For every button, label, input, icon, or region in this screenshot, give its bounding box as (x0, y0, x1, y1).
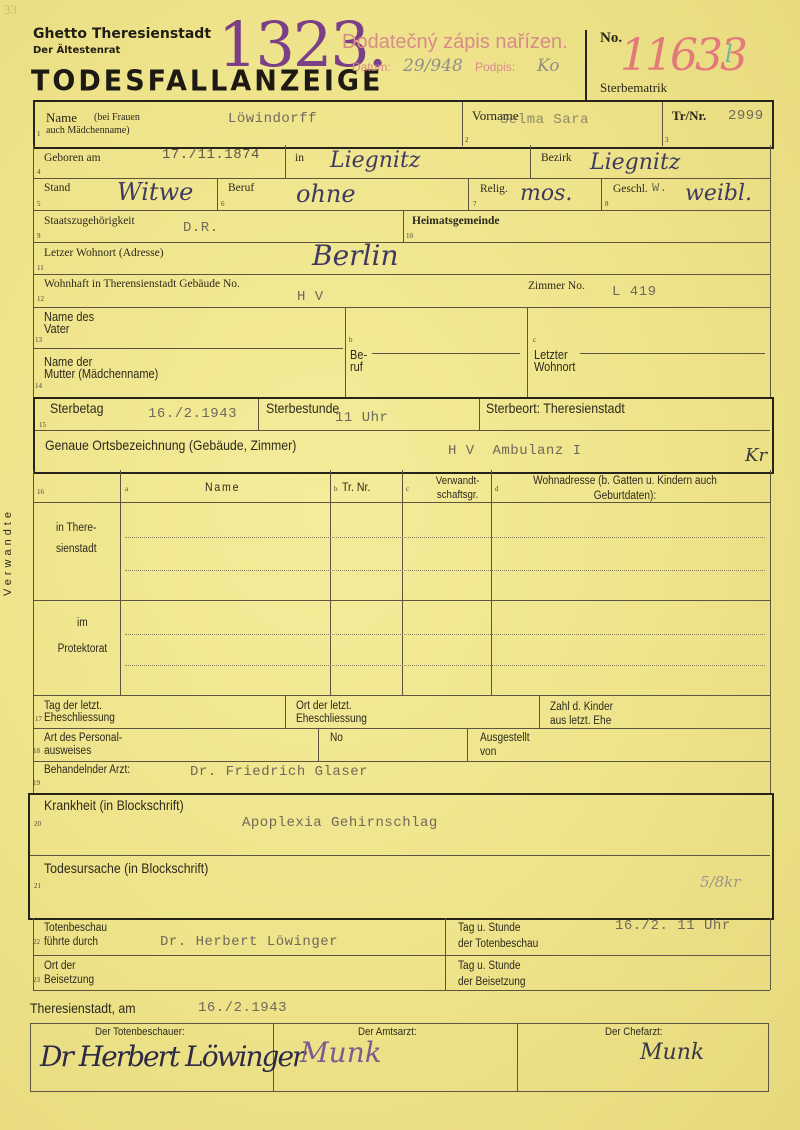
divider (402, 470, 403, 695)
divider (601, 178, 602, 210)
totenbeschau-tag-label-2: der Totenbeschau (458, 938, 538, 950)
sterbestunde-label: Sterbestunde (266, 400, 339, 416)
ehe-tag-label-2: Eheschliessung (44, 712, 115, 724)
field-num: 11 (37, 264, 44, 272)
eltern-beruf-label-2: ruf (350, 360, 363, 374)
relig-label: Relig. (480, 183, 508, 195)
divider (318, 728, 319, 761)
signature-label-totenbeschauer: Der Totenbeschauer: (95, 1026, 185, 1038)
no-label: No. (600, 30, 622, 47)
row-line (33, 728, 770, 729)
place-date-label: Theresienstadt, am (30, 1000, 135, 1016)
divider (539, 695, 540, 728)
sterbematrik-label: Sterbematrik (600, 80, 667, 96)
fill-line (580, 353, 765, 354)
group-label-protektorat: im Protektorat (56, 610, 109, 662)
row-line (35, 430, 770, 431)
divider (491, 470, 492, 695)
col-header-name: Name (205, 480, 240, 494)
zimmer-label: Zimmer No. (528, 280, 585, 292)
col-header-wohnadresse: Wohnadresse (b. Gatten u. Kindern auch G… (515, 474, 735, 504)
sterbestunde-value[interactable]: 11 Uhr (335, 410, 388, 426)
beisetzung-tag-label-2: der Beisetzung (458, 976, 526, 988)
staatszugehoerigkeit-value[interactable]: D.R. (183, 220, 219, 236)
relative-row[interactable] (125, 634, 765, 635)
staatszugehoerigkeit-label: Staatszugehörigkeit (44, 215, 135, 227)
field-num: 3 (665, 136, 669, 144)
signature-label-chefarzt: Der Chefarzt: (605, 1026, 663, 1038)
totenbeschau-label-1: Totenbeschau (44, 922, 107, 934)
zimmer-value[interactable]: L 419 (612, 284, 657, 300)
field-num: 6 (221, 200, 225, 208)
geboren-in-value[interactable]: Liegnitz (330, 148, 420, 173)
krankheit-label: Krankheit (in Blockschrift) (44, 797, 184, 813)
field-num: 4 (37, 168, 41, 176)
field-num: 15 (39, 421, 46, 429)
divider (445, 918, 446, 990)
geschl-label: Geschl. (613, 183, 648, 195)
beisetzung-label-2: Beisetzung (44, 974, 94, 986)
field-num: 17 (35, 715, 42, 723)
trnr-label: Tr/Nr. (672, 108, 706, 124)
relative-row[interactable] (125, 570, 765, 571)
sub-letter: d (495, 485, 499, 493)
corner-mark: 33 (4, 2, 17, 18)
sterbeort-label: Sterbeort: Theresienstadt (486, 400, 625, 416)
divider (530, 145, 531, 178)
field-num: 23 (33, 976, 40, 984)
kinder-label-2: aus letzt. Ehe (550, 715, 611, 727)
field-num: 22 (33, 938, 40, 946)
side-label-verwandte: Verwandte (2, 508, 14, 596)
ortsbezeichnung-label: Genaue Ortsbezeichnung (Gebäude, Zimmer) (45, 437, 296, 453)
field-num: 18 (33, 747, 40, 755)
sub-letter: c (406, 485, 409, 493)
divider (462, 102, 463, 146)
bezirk-value[interactable]: Liegnitz (590, 150, 680, 175)
divider (345, 307, 346, 397)
field-num: 9 (37, 232, 41, 240)
ehe-tag-label-1: Tag der letzt. (44, 700, 102, 712)
header-divider (585, 30, 587, 100)
todesursache-label: Todesursache (in Blockschrift) (44, 860, 208, 876)
letzter-wohnort-label: Letzer Wohnort (Adresse) (44, 247, 164, 259)
trnr-value[interactable]: 2999 (728, 108, 764, 124)
row-line (33, 210, 770, 211)
field-num: 21 (34, 882, 41, 890)
table-right-border (770, 470, 771, 695)
ehe-ort-label-1: Ort der letzt. (296, 700, 352, 712)
row-line (33, 695, 770, 696)
bezirk-label: Bezirk (541, 152, 572, 164)
relative-row[interactable] (125, 537, 765, 538)
signature-chefarzt[interactable]: Munk (640, 1040, 704, 1065)
row-line (33, 307, 770, 308)
name-label-small: (bei Frauen (94, 112, 140, 124)
signature-totenbeschauer[interactable]: Dr Herbert Löwinger (40, 1040, 303, 1073)
ortsbezeichnung-initials: Kr (745, 445, 767, 466)
geboren-label: Geboren am (44, 152, 101, 164)
row-line (33, 274, 770, 275)
arzt-value[interactable]: Dr. Friedrich Glaser (190, 764, 368, 780)
vater-label-2: Vater (44, 322, 69, 336)
geschl-value[interactable]: weibl. (685, 181, 752, 206)
row-line (33, 348, 343, 349)
sub-letter: c (533, 336, 536, 344)
relative-row[interactable] (125, 665, 765, 666)
divider (217, 178, 218, 210)
todesursache-pencil-note: 5/8kr (700, 873, 740, 891)
divider (467, 728, 468, 761)
form-right-border (770, 918, 771, 990)
org-line-2: Der Ältestenrat (33, 45, 120, 56)
field-num: 12 (37, 295, 44, 303)
totenbeschau-tag-value[interactable]: 16./2. 11 Uhr (615, 918, 731, 934)
field-num: 2 (465, 136, 469, 144)
ortsbezeichnung-value[interactable]: H V Ambulanz I (448, 443, 582, 459)
sub-letter: b (334, 485, 338, 493)
vorname-value[interactable]: Selma Sara (500, 112, 589, 128)
krankheit-value[interactable]: Apoplexia Gehirnschlag (242, 815, 438, 831)
field-num: 20 (34, 820, 41, 828)
row-line (33, 955, 770, 956)
name-label-small-2: auch Mädchenname) (46, 125, 130, 137)
relig-value[interactable]: mos. (520, 181, 572, 206)
divider (517, 1023, 518, 1091)
signature-amtsarzt[interactable]: Munk (300, 1036, 382, 1069)
stand-value[interactable]: Witwe (117, 178, 193, 206)
totenbeschau-value[interactable]: Dr. Herbert Löwinger (160, 934, 338, 950)
letzter-wohnort-value[interactable]: Berlin (312, 239, 398, 272)
name-value[interactable]: Löwindorff (228, 111, 317, 127)
stamp-text: Dodatečný zápis nařízen. (342, 31, 568, 54)
sub-letter: a (125, 485, 128, 493)
divider (468, 178, 469, 210)
geschl-typed: W. (652, 181, 667, 195)
form-right-border (770, 145, 771, 397)
form-right-border (770, 695, 771, 795)
divider (403, 210, 404, 242)
form-left-border (33, 145, 34, 397)
heimatsgemeinde-label: Heimatsgemeinde (412, 215, 500, 227)
divider (120, 470, 121, 695)
divider (285, 145, 286, 178)
wohnhaft-value[interactable]: H V (297, 289, 324, 305)
no-mark: l (725, 40, 733, 68)
beisetzung-label-1: Ort der (44, 960, 76, 972)
arzt-label: Behandelnder Arzt: (44, 764, 130, 776)
field-num: 13 (35, 336, 42, 344)
geboren-value[interactable]: 17./11.1874 (162, 147, 260, 163)
ausweis-no-label: No (330, 732, 343, 744)
totenbeschau-tag-label-1: Tag u. Stunde (458, 922, 520, 934)
sterbetag-label: Sterbetag (50, 400, 103, 416)
ausweis-art-label-2: ausweises (44, 745, 91, 757)
field-num: 7 (473, 200, 477, 208)
ausweis-art-label-1: Art des Personal- (44, 732, 122, 744)
beruf-label: Beruf (228, 182, 254, 194)
col-header-trnr: Tr. Nr. (342, 480, 370, 494)
divider (258, 399, 259, 430)
field-num: 14 (35, 382, 42, 390)
ausgestellt-label-1: Ausgestellt (480, 732, 530, 744)
row-line (33, 242, 770, 243)
field-num: 16 (37, 488, 44, 496)
field-num: 8 (605, 200, 609, 208)
fill-line (372, 353, 520, 354)
stamp-signature-label: Podpis: (475, 60, 515, 74)
field-num: 10 (406, 232, 413, 240)
row-line (33, 990, 770, 991)
death-box (33, 397, 774, 474)
kinder-label-1: Zahl d. Kinder (550, 701, 613, 713)
place-date-value[interactable]: 16./2.1943 (198, 1000, 287, 1016)
field-num: 5 (37, 200, 41, 208)
divider (285, 695, 286, 728)
ehe-ort-label-2: Eheschliessung (296, 713, 367, 725)
beruf-value[interactable]: ohne (296, 180, 356, 208)
col-header-verwandtschaft: Verwandt-schaftsgr. (418, 474, 497, 502)
wohnhaft-label: Wohnhaft in Therensienstadt Gebäude No. (44, 278, 240, 290)
group-line (33, 600, 770, 601)
sub-letter: b (349, 336, 353, 344)
group-label-theresienstadt: in There-sienstadt (56, 518, 109, 560)
name-label: Name (46, 110, 77, 126)
sterbetag-value[interactable]: 16./2.1943 (148, 406, 237, 422)
divider (662, 102, 663, 146)
geboren-in-label: in (295, 152, 304, 164)
eltern-wohnort-label-2: Wohnort (534, 360, 575, 374)
row-line (33, 761, 770, 762)
mutter-label-2: Mutter (Mädchenname) (44, 367, 158, 381)
stamp-signature-value: Ko (537, 56, 559, 76)
divider (479, 399, 480, 430)
divider (527, 307, 528, 397)
row-line (30, 855, 770, 856)
totenbeschau-label-2: führte durch (44, 936, 98, 948)
table-left-border (33, 470, 34, 695)
stamp-date-value: 29/948 (403, 56, 463, 76)
field-num: 1 (37, 130, 41, 138)
ausgestellt-label-2: von (480, 746, 496, 758)
beisetzung-tag-label-1: Tag u. Stunde (458, 960, 520, 972)
stamp-date-label: Datum: (352, 60, 391, 74)
stand-label: Stand (44, 182, 70, 194)
divider (330, 470, 331, 695)
field-num: 19 (33, 779, 40, 787)
org-line-1: Ghetto Theresienstadt (33, 26, 211, 42)
